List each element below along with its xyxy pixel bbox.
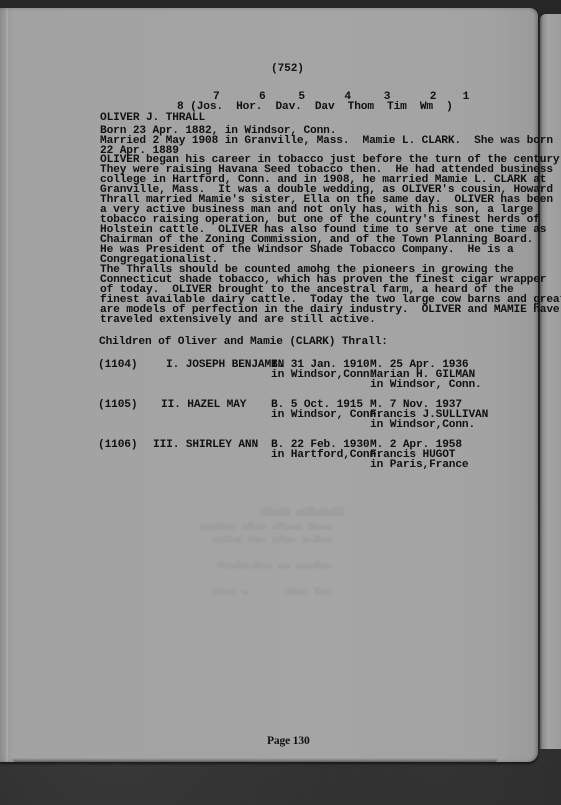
child-id: (1106)	[98, 439, 137, 453]
child-id: (1105)	[98, 399, 137, 413]
gen-1: 1	[463, 91, 470, 103]
subject-name: OLIVER J. THRALL	[100, 112, 205, 126]
child-marriage-place: in Windsor,Conn.	[370, 419, 475, 433]
adjacent-page-edge	[540, 14, 561, 749]
bleed-through-text: ▇▆▅▆▅▇▆▅ ▇▆▅▇▆ ▄▃▄▅ ▄▃▄▅▃ ▄▃▅▄ ▃▄▅▄▃▄ ▃▄…	[200, 506, 344, 597]
child-marriage-place: in Windsor, Conn.	[370, 379, 482, 393]
child-name: I. JOSEPH BENJAMIN	[166, 359, 284, 373]
page-footer-number: Page 130	[267, 735, 310, 749]
children-heading: Children of Oliver and Mamie (CLARK) Thr…	[99, 336, 388, 350]
generation-line: 8 (Jos. Hor. Dav. Dav Thom Tim Wm )	[177, 101, 453, 115]
child-birth-place: in Windsor, Conn.	[271, 409, 383, 423]
document-page: ▇▆▅▆▅▇▆▅ ▇▆▅▇▆ ▄▃▄▅ ▄▃▄▅▃ ▄▃▅▄ ▃▄▅▄▃▄ ▃▄…	[0, 8, 538, 762]
child-marriage-place: in Paris,France	[370, 459, 468, 473]
child-birth-place: in Windsor,Conn.	[271, 369, 376, 383]
child-birth-place: in Hartford,Conn.	[271, 449, 383, 463]
child-name: III. SHIRLEY ANN	[153, 439, 258, 453]
child-name: II. HAZEL MAY	[161, 399, 246, 413]
bio-line: traveled extensively and are still activ…	[100, 314, 376, 328]
child-id: (1104)	[98, 359, 137, 373]
page-number-top: (752)	[271, 63, 304, 77]
